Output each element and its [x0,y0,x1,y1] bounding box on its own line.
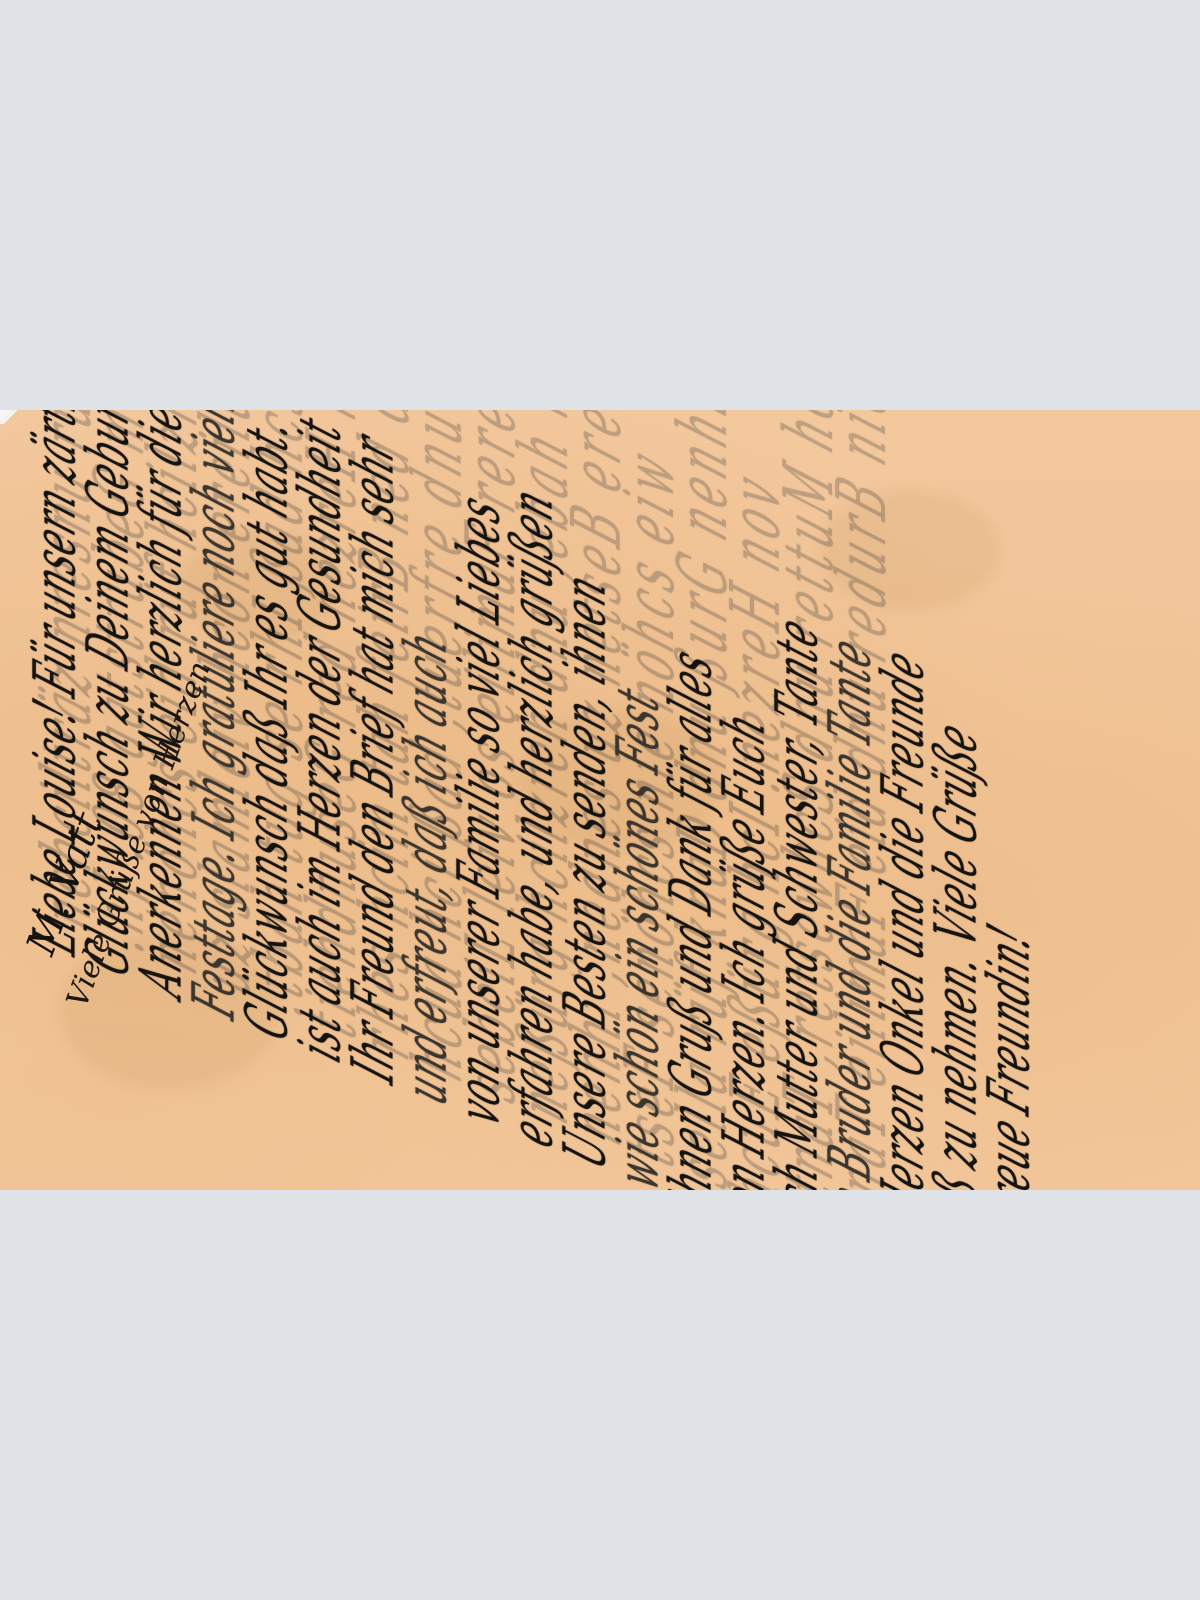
handwritten-line: Deine treue Freundin! [965,568,1055,1190]
image-viewer: nehcilträz nresnu rüF !esiuoL ebeiL.hJ .… [0,0,1200,1600]
postcard-back: nehcilträz nresnu rüF !esiuoL ebeiL.hJ .… [0,410,1200,1190]
